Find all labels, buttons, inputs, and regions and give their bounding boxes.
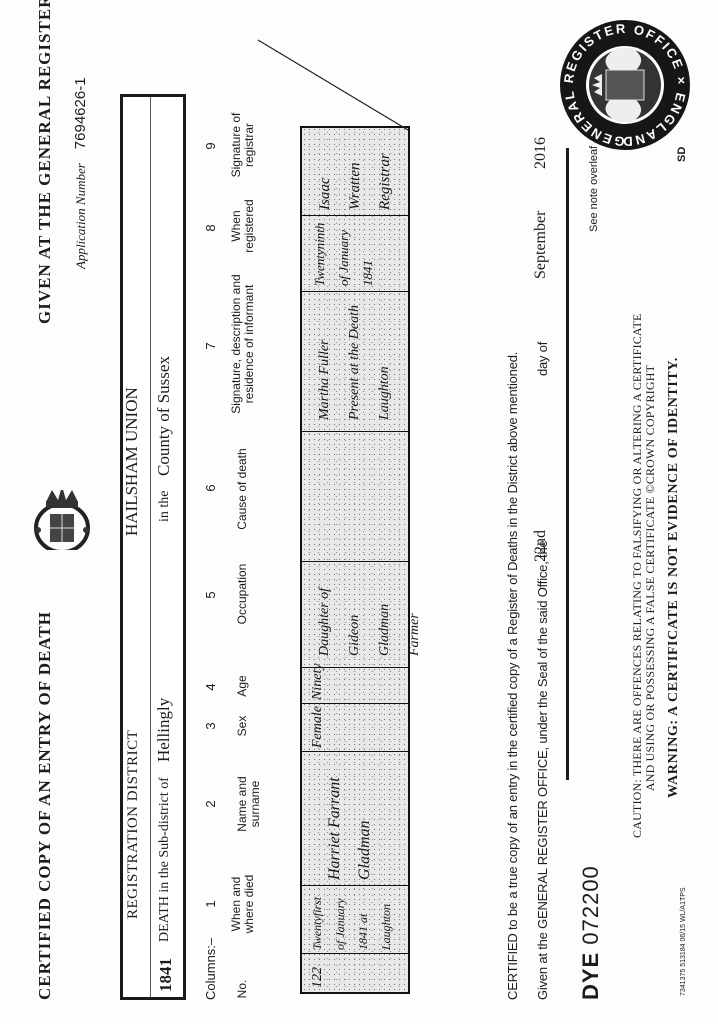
entry-divider xyxy=(302,291,408,292)
registration-year: 1841 xyxy=(156,958,176,992)
entry-age: Ninety xyxy=(308,668,327,700)
entry-occupation: Daughter of Gideon Gladman Farmer xyxy=(310,562,430,656)
certification-year: 2016 xyxy=(532,137,550,169)
application-number-label: Application Number xyxy=(73,163,88,269)
registration-district-name: HAILSHAM UNION xyxy=(122,387,142,536)
column-header-no: No. xyxy=(236,974,249,1004)
column-number-5: 5 xyxy=(203,585,218,605)
column-header-name: Name and surname xyxy=(236,754,262,854)
see-note-overleaf: See note overleaf xyxy=(588,146,600,232)
entry-informant: Martha Fuller Present at the Death Laugh… xyxy=(310,294,400,420)
entry-divider xyxy=(302,751,408,752)
county-name: County of Sussex xyxy=(154,356,174,476)
registration-district-label: REGISTRATION DISTRICT xyxy=(125,730,142,919)
column-number-4: 4 xyxy=(203,677,218,697)
entry-divider xyxy=(302,885,408,886)
column-header-when-where: When and where died xyxy=(230,874,256,934)
column-header-when-registered: When registered xyxy=(230,198,256,254)
column-number-7: 7 xyxy=(203,336,218,356)
general-register-office-seal-icon: GENERAL REGISTER OFFICE × ENGLAND × xyxy=(558,18,692,152)
entry-number: 122 xyxy=(308,958,327,988)
entry-registrar: Isaac Wratten Registrar xyxy=(310,132,400,210)
registration-box-divider xyxy=(150,97,151,997)
serial-number: 072200 xyxy=(578,865,603,944)
entry-divider xyxy=(302,215,408,216)
entry-sex: Female xyxy=(308,704,327,748)
signature-line xyxy=(566,148,569,780)
certification-month: September xyxy=(532,211,550,279)
column-header-informant: Signature, description and residence of … xyxy=(230,274,256,414)
caution-notice: CAUTION: THERE ARE OFFENCES RELATING TO … xyxy=(631,318,657,838)
certification-statement: CERTIFIED to be a true copy of an entry … xyxy=(505,352,520,1000)
column-number-1: 1 xyxy=(203,894,218,914)
certificate-title: CERTIFIED COPY OF AN ENTRY OF DEATH xyxy=(35,611,55,1000)
column-number-3: 3 xyxy=(203,716,218,736)
subdistrict-name: Hellingly xyxy=(154,698,174,762)
cancellation-line xyxy=(250,34,420,134)
column-number-8: 8 xyxy=(203,218,218,238)
entry-when-where: Twentyfirst of January 1841 at Laughton xyxy=(306,888,398,950)
column-number-6: 6 xyxy=(203,478,218,498)
issuer-heading: GIVEN AT THE GENERAL REGISTER OFFICE xyxy=(35,0,55,324)
identity-warning: WARNING: A CERTIFICATE IS NOT EVIDENCE O… xyxy=(666,357,682,798)
death-subdistrict-label: DEATH in the Sub-district of xyxy=(157,777,173,942)
print-code: 7341375 513184 06/15 WL/A1TPS xyxy=(680,887,687,996)
entry-when-registered: Twentyninth of January 1841 xyxy=(308,218,380,286)
entry-divider xyxy=(302,953,408,954)
columns-label: Columns:– xyxy=(203,938,218,1000)
royal-coat-of-arms-icon xyxy=(14,490,110,550)
column-number-9: 9 xyxy=(203,136,218,156)
column-header-age: Age xyxy=(236,668,249,704)
sd-mark: SD xyxy=(676,147,688,162)
death-certificate-page: CERTIFIED COPY OF AN ENTRY OF DEATH GIVE… xyxy=(0,0,718,1024)
entry-row: 122 Twentyfirst of January 1841 at Laugh… xyxy=(300,126,410,994)
column-header-sex: Sex xyxy=(236,708,249,744)
application-number-row: Application Number 7694626-1 xyxy=(72,77,90,269)
entry-name: Harriet Farrant Gladman xyxy=(320,754,380,880)
caution-line-2: AND USING OR POSSESSING A FALSE CERTIFIC… xyxy=(644,318,657,838)
day-of-label: day of xyxy=(535,342,550,376)
certificate-serial: DYE 072200 xyxy=(578,865,604,1000)
certification-day: 22nd xyxy=(532,530,550,562)
application-number: 7694626-1 xyxy=(72,77,89,149)
given-at-statement: Given at the GENERAL REGISTER OFFICE, un… xyxy=(535,540,550,1000)
column-header-occupation: Occupation xyxy=(236,559,249,629)
entry-divider xyxy=(302,431,408,432)
serial-prefix: DYE xyxy=(578,952,603,1000)
county-prefix: in the xyxy=(157,491,173,523)
column-header-cause: Cause of death xyxy=(236,444,249,534)
column-number-2: 2 xyxy=(203,794,218,814)
